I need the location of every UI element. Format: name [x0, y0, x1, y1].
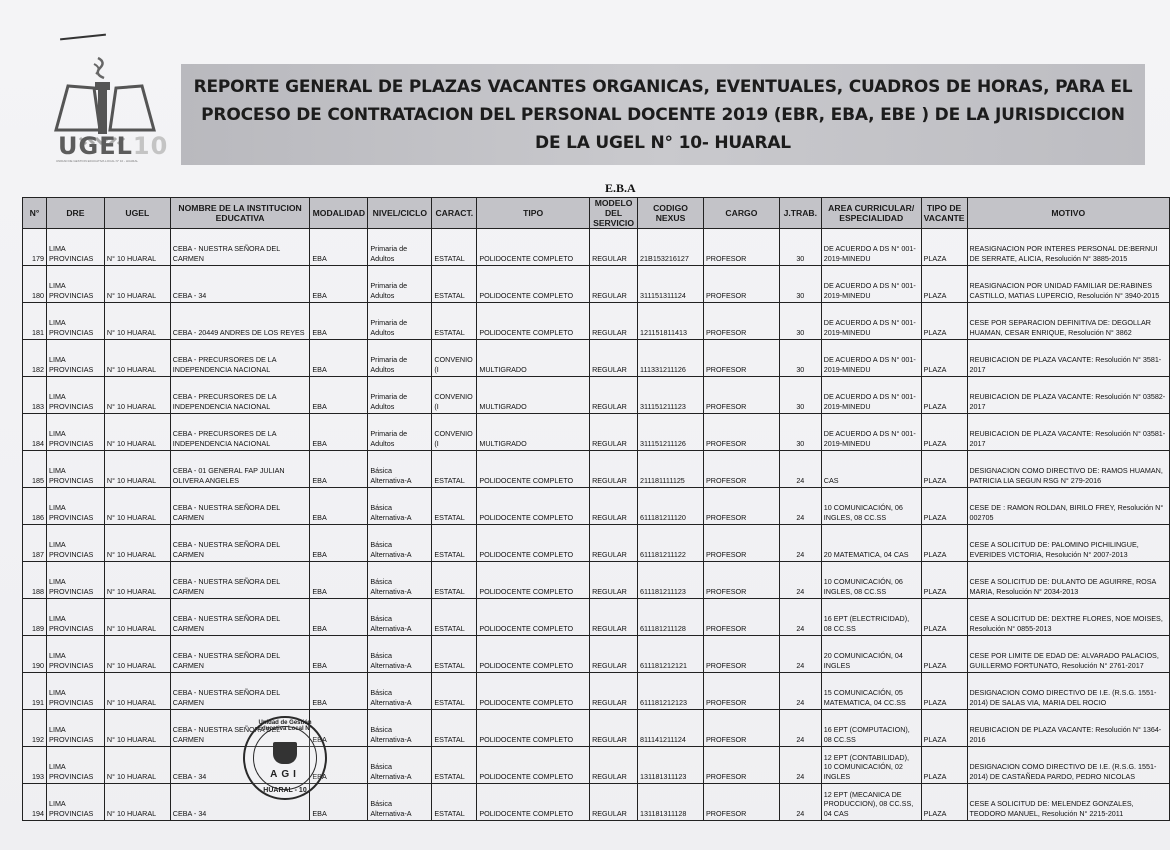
- col-reason-cell: REUBICACION DE PLAZA VACANTE: Resolución…: [967, 710, 1169, 747]
- table-row: 181LIMA PROVINCIASN° 10 HUARALCEBA - 204…: [23, 303, 1170, 340]
- report-title: REPORTE GENERAL DE PLAZAS VACANTES ORGAN…: [188, 73, 1138, 157]
- col-nexus-code-cell: 111331211126: [638, 340, 704, 377]
- col-position-cell: PROFESOR: [703, 562, 779, 599]
- col-nexus-code-cell: 611181211122: [638, 525, 704, 562]
- col-dre-cell: LIMA PROVINCIAS: [46, 525, 104, 562]
- col-service-model-cell: REGULAR: [590, 562, 638, 599]
- col-reason-cell: CESE A SOLICITUD DE: MELENDEZ GONZALES, …: [967, 784, 1169, 821]
- coat-of-arms-icon: [273, 742, 297, 764]
- column-header-number: N°: [23, 198, 47, 229]
- col-type-cell: POLIDOCENTE COMPLETO: [477, 303, 590, 340]
- col-curricular-area-cell: DE ACUERDO A DS N° 001-2019-MINEDU: [821, 266, 921, 303]
- col-character-cell: ESTATAL: [432, 451, 477, 488]
- col-dre-cell: LIMA PROVINCIAS: [46, 303, 104, 340]
- col-service-model-cell: REGULAR: [590, 377, 638, 414]
- col-vacancy-type-cell: PLAZA: [921, 488, 967, 525]
- col-institution-cell: CEBA - PRECURSORES DE LA INDEPENDENCIA N…: [170, 414, 310, 451]
- col-type-cell: POLIDOCENTE COMPLETO: [477, 784, 590, 821]
- col-curricular-area-cell: 20 MATEMATICA, 04 CAS: [821, 525, 921, 562]
- col-type-cell: MULTIGRADO: [477, 340, 590, 377]
- column-header-reason: MOTIVO: [967, 198, 1169, 229]
- col-reason-cell: CESE POR SEPARACION DEFINITIVA DE: DEGOL…: [967, 303, 1169, 340]
- col-nexus-code-cell: 611181212121: [638, 636, 704, 673]
- col-type-cell: MULTIGRADO: [477, 414, 590, 451]
- col-institution-cell: CEBA - 34: [170, 266, 310, 303]
- table-body: 179LIMA PROVINCIASN° 10 HUARALCEBA - NUE…: [23, 229, 1170, 821]
- col-modality-cell: EBA: [310, 229, 368, 266]
- col-nexus-code-cell: 131181311128: [638, 784, 704, 821]
- col-nexus-code-cell: 611181212123: [638, 673, 704, 710]
- col-type-cell: POLIDOCENTE COMPLETO: [477, 266, 590, 303]
- col-position-cell: PROFESOR: [703, 525, 779, 562]
- col-modality-cell: EBA: [310, 414, 368, 451]
- col-service-model-cell: REGULAR: [590, 525, 638, 562]
- pen-mark: [60, 34, 106, 41]
- col-position-cell: PROFESOR: [703, 266, 779, 303]
- col-modality-cell: EBA: [310, 451, 368, 488]
- col-level-cell: Básica Alternativa-A: [368, 451, 432, 488]
- col-dre-cell: LIMA PROVINCIAS: [46, 562, 104, 599]
- col-curricular-area-cell: DE ACUERDO A DS N° 001-2019-MINEDU: [821, 340, 921, 377]
- col-institution-cell: CEBA - NUESTRA SEÑORA DEL CARMEN: [170, 488, 310, 525]
- column-header-position: CARGO: [703, 198, 779, 229]
- col-institution-cell: CEBA - PRECURSORES DE LA INDEPENDENCIA N…: [170, 377, 310, 414]
- col-work-hours-cell: 24: [779, 673, 821, 710]
- col-type-cell: POLIDOCENTE COMPLETO: [477, 673, 590, 710]
- col-vacancy-type-cell: PLAZA: [921, 303, 967, 340]
- col-institution-cell: CEBA - 01 GENERAL FAP JULIAN OLIVERA ANG…: [170, 451, 310, 488]
- col-character-cell: CONVENIO (I: [432, 414, 477, 451]
- col-ugel-cell: N° 10 HUARAL: [104, 340, 170, 377]
- col-level-cell: Básica Alternativa-A: [368, 525, 432, 562]
- col-nexus-code-cell: 121151811413: [638, 303, 704, 340]
- column-header-character: CARACT.: [432, 198, 477, 229]
- col-character-cell: ESTATAL: [432, 562, 477, 599]
- col-work-hours-cell: 24: [779, 747, 821, 784]
- col-modality-cell: EBA: [310, 636, 368, 673]
- col-character-cell: ESTATAL: [432, 525, 477, 562]
- col-nexus-code-cell: 131181311123: [638, 747, 704, 784]
- col-ugel-cell: N° 10 HUARAL: [104, 673, 170, 710]
- col-number-cell: 188: [23, 562, 47, 599]
- col-position-cell: PROFESOR: [703, 229, 779, 266]
- col-work-hours-cell: 24: [779, 562, 821, 599]
- col-curricular-area-cell: 15 COMUNICACIÓN, 05 MATEMATICA, 04 CC.SS: [821, 673, 921, 710]
- ugel-logo-subtitle: UNIDAD DE GESTION EDUCATIVA LOCAL N° 10 …: [56, 159, 156, 163]
- col-dre-cell: LIMA PROVINCIAS: [46, 266, 104, 303]
- col-number-cell: 194: [23, 784, 47, 821]
- col-type-cell: POLIDOCENTE COMPLETO: [477, 562, 590, 599]
- col-level-cell: Primaria de Adultos: [368, 266, 432, 303]
- col-curricular-area-cell: CAS: [821, 451, 921, 488]
- column-header-level: NIVEL/CICLO: [368, 198, 432, 229]
- col-work-hours-cell: 30: [779, 340, 821, 377]
- col-number-cell: 181: [23, 303, 47, 340]
- col-ugel-cell: N° 10 HUARAL: [104, 414, 170, 451]
- col-position-cell: PROFESOR: [703, 784, 779, 821]
- col-level-cell: Primaria de Adultos: [368, 377, 432, 414]
- col-dre-cell: LIMA PROVINCIAS: [46, 710, 104, 747]
- col-institution-cell: CEBA - NUESTRA SEÑORA DEL CARMEN: [170, 229, 310, 266]
- col-work-hours-cell: 30: [779, 266, 821, 303]
- col-modality-cell: EBA: [310, 488, 368, 525]
- col-number-cell: 187: [23, 525, 47, 562]
- col-institution-cell: CEBA - NUESTRA SEÑORA DEL CARMEN: [170, 599, 310, 636]
- table-row: 183LIMA PROVINCIASN° 10 HUARALCEBA - PRE…: [23, 377, 1170, 414]
- col-level-cell: Primaria de Adultos: [368, 340, 432, 377]
- col-work-hours-cell: 30: [779, 414, 821, 451]
- col-type-cell: POLIDOCENTE COMPLETO: [477, 229, 590, 266]
- col-ugel-cell: N° 10 HUARAL: [104, 451, 170, 488]
- col-type-cell: POLIDOCENTE COMPLETO: [477, 488, 590, 525]
- col-level-cell: Primaria de Adultos: [368, 414, 432, 451]
- table-row: 180LIMA PROVINCIASN° 10 HUARALCEBA - 34E…: [23, 266, 1170, 303]
- col-dre-cell: LIMA PROVINCIAS: [46, 747, 104, 784]
- col-vacancy-type-cell: PLAZA: [921, 525, 967, 562]
- col-curricular-area-cell: DE ACUERDO A DS N° 001-2019-MINEDU: [821, 414, 921, 451]
- col-position-cell: PROFESOR: [703, 673, 779, 710]
- col-service-model-cell: REGULAR: [590, 710, 638, 747]
- col-dre-cell: LIMA PROVINCIAS: [46, 414, 104, 451]
- col-vacancy-type-cell: PLAZA: [921, 784, 967, 821]
- col-work-hours-cell: 30: [779, 303, 821, 340]
- col-ugel-cell: N° 10 HUARAL: [104, 747, 170, 784]
- table-row: 191LIMA PROVINCIASN° 10 HUARALCEBA - NUE…: [23, 673, 1170, 710]
- col-curricular-area-cell: 16 EPT (COMPUTACION), 08 CC.SS: [821, 710, 921, 747]
- col-level-cell: Básica Alternativa-A: [368, 710, 432, 747]
- table-row: 189LIMA PROVINCIASN° 10 HUARALCEBA - NUE…: [23, 599, 1170, 636]
- column-header-work-hours: J.TRAB.: [779, 198, 821, 229]
- column-header-type: TIPO: [477, 198, 590, 229]
- col-ugel-cell: N° 10 HUARAL: [104, 266, 170, 303]
- col-work-hours-cell: 24: [779, 451, 821, 488]
- col-level-cell: Básica Alternativa-A: [368, 784, 432, 821]
- col-vacancy-type-cell: PLAZA: [921, 636, 967, 673]
- col-ugel-cell: N° 10 HUARAL: [104, 488, 170, 525]
- col-vacancy-type-cell: PLAZA: [921, 414, 967, 451]
- col-number-cell: 179: [23, 229, 47, 266]
- official-seal-stamp: Unidad de Gestión Educativa Local N° AGI…: [243, 716, 327, 800]
- col-type-cell: POLIDOCENTE COMPLETO: [477, 747, 590, 784]
- col-service-model-cell: REGULAR: [590, 599, 638, 636]
- col-nexus-code-cell: 211181111125: [638, 451, 704, 488]
- col-level-cell: Básica Alternativa-A: [368, 562, 432, 599]
- col-nexus-code-cell: 311151211126: [638, 414, 704, 451]
- col-level-cell: Primaria de Adultos: [368, 229, 432, 266]
- col-character-cell: ESTATAL: [432, 710, 477, 747]
- col-reason-cell: REUBICACION DE PLAZA VACANTE: Resolución…: [967, 377, 1169, 414]
- col-service-model-cell: REGULAR: [590, 229, 638, 266]
- col-type-cell: POLIDOCENTE COMPLETO: [477, 710, 590, 747]
- col-nexus-code-cell: 611181211123: [638, 562, 704, 599]
- col-position-cell: PROFESOR: [703, 710, 779, 747]
- col-position-cell: PROFESOR: [703, 488, 779, 525]
- col-curricular-area-cell: DE ACUERDO A DS N° 001-2019-MINEDU: [821, 377, 921, 414]
- col-reason-cell: CESE DE : RAMON ROLDAN, BIRILO FREY, Res…: [967, 488, 1169, 525]
- col-curricular-area-cell: 12 EPT (MECANICA DE PRODUCCION), 08 CC.S…: [821, 784, 921, 821]
- col-number-cell: 189: [23, 599, 47, 636]
- col-number-cell: 191: [23, 673, 47, 710]
- col-character-cell: ESTATAL: [432, 636, 477, 673]
- col-work-hours-cell: 30: [779, 229, 821, 266]
- col-work-hours-cell: 24: [779, 525, 821, 562]
- col-service-model-cell: REGULAR: [590, 340, 638, 377]
- col-ugel-cell: N° 10 HUARAL: [104, 599, 170, 636]
- col-curricular-area-cell: 20 COMUNICACIÓN, 04 INGLES: [821, 636, 921, 673]
- col-reason-cell: CESE POR LIMITE DE EDAD DE: ALVARADO PAL…: [967, 636, 1169, 673]
- col-service-model-cell: REGULAR: [590, 414, 638, 451]
- table-row: 192LIMA PROVINCIASN° 10 HUARALCEBA - NUE…: [23, 710, 1170, 747]
- col-curricular-area-cell: DE ACUERDO A DS N° 001-2019-MINEDU: [821, 303, 921, 340]
- ugel-logo-text: UGEL10: [58, 132, 168, 160]
- col-number-cell: 190: [23, 636, 47, 673]
- col-level-cell: Básica Alternativa-A: [368, 747, 432, 784]
- column-header-service-model: MODELO DEL SERVICIO: [590, 198, 638, 229]
- col-ugel-cell: N° 10 HUARAL: [104, 525, 170, 562]
- col-service-model-cell: REGULAR: [590, 636, 638, 673]
- col-reason-cell: REASIGNACION POR UNIDAD FAMILIAR DE:RABI…: [967, 266, 1169, 303]
- col-ugel-cell: N° 10 HUARAL: [104, 303, 170, 340]
- col-institution-cell: CEBA - NUESTRA SEÑORA DEL CARMEN: [170, 562, 310, 599]
- col-position-cell: PROFESOR: [703, 340, 779, 377]
- col-ugel-cell: N° 10 HUARAL: [104, 377, 170, 414]
- col-character-cell: CONVENIO (I: [432, 340, 477, 377]
- stamp-center-text: AGI: [245, 769, 325, 780]
- col-service-model-cell: REGULAR: [590, 488, 638, 525]
- section-label: E.B.A: [605, 181, 636, 196]
- col-dre-cell: LIMA PROVINCIAS: [46, 451, 104, 488]
- col-level-cell: Básica Alternativa-A: [368, 488, 432, 525]
- col-modality-cell: EBA: [310, 599, 368, 636]
- col-modality-cell: EBA: [310, 562, 368, 599]
- col-curricular-area-cell: DE ACUERDO A DS N° 001-2019-MINEDU: [821, 229, 921, 266]
- column-header-vacancy-type: TIPO DE VACANTE: [921, 198, 967, 229]
- col-service-model-cell: REGULAR: [590, 784, 638, 821]
- col-vacancy-type-cell: PLAZA: [921, 266, 967, 303]
- col-position-cell: PROFESOR: [703, 636, 779, 673]
- col-level-cell: Primaria de Adultos: [368, 303, 432, 340]
- col-reason-cell: CESE A SOLICITUD DE: PALOMINO PICHILINGU…: [967, 525, 1169, 562]
- col-character-cell: ESTATAL: [432, 599, 477, 636]
- col-character-cell: ESTATAL: [432, 303, 477, 340]
- col-curricular-area-cell: 16 EPT (ELECTRICIDAD), 08 CC.SS: [821, 599, 921, 636]
- col-nexus-code-cell: 611181211128: [638, 599, 704, 636]
- col-dre-cell: LIMA PROVINCIAS: [46, 488, 104, 525]
- col-type-cell: POLIDOCENTE COMPLETO: [477, 525, 590, 562]
- report-title-band: REPORTE GENERAL DE PLAZAS VACANTES ORGAN…: [181, 64, 1145, 165]
- table-header-row: N°DREUGELNOMBRE DE LA INSTITUCION EDUCAT…: [23, 198, 1170, 229]
- col-modality-cell: EBA: [310, 525, 368, 562]
- table-row: 185LIMA PROVINCIASN° 10 HUARALCEBA - 01 …: [23, 451, 1170, 488]
- col-reason-cell: REUBICACION DE PLAZA VACANTE: Resolución…: [967, 340, 1169, 377]
- scanned-document-page: UGEL10 UNIDAD DE GESTION EDUCATIVA LOCAL…: [0, 0, 1170, 850]
- stamp-ring-text: Unidad de Gestión Educativa Local N°: [245, 720, 325, 732]
- col-work-hours-cell: 24: [779, 784, 821, 821]
- col-service-model-cell: REGULAR: [590, 266, 638, 303]
- col-dre-cell: LIMA PROVINCIAS: [46, 340, 104, 377]
- vacancies-table: N°DREUGELNOMBRE DE LA INSTITUCION EDUCAT…: [22, 197, 1170, 821]
- col-position-cell: PROFESOR: [703, 414, 779, 451]
- col-nexus-code-cell: 611181211120: [638, 488, 704, 525]
- col-character-cell: ESTATAL: [432, 488, 477, 525]
- col-vacancy-type-cell: PLAZA: [921, 562, 967, 599]
- col-type-cell: MULTIGRADO: [477, 377, 590, 414]
- col-dre-cell: LIMA PROVINCIAS: [46, 599, 104, 636]
- col-curricular-area-cell: 12 EPT (CONTABILIDAD), 10 COMUNICACIÓN, …: [821, 747, 921, 784]
- table-row: 182LIMA PROVINCIASN° 10 HUARALCEBA - PRE…: [23, 340, 1170, 377]
- col-service-model-cell: REGULAR: [590, 303, 638, 340]
- col-nexus-code-cell: 811141211124: [638, 710, 704, 747]
- col-ugel-cell: N° 10 HUARAL: [104, 784, 170, 821]
- col-curricular-area-cell: 10 COMUNICACIÓN, 06 INGLES, 08 CC.SS: [821, 488, 921, 525]
- table-row: 193LIMA PROVINCIASN° 10 HUARALCEBA - 34E…: [23, 747, 1170, 784]
- col-dre-cell: LIMA PROVINCIAS: [46, 377, 104, 414]
- column-header-modality: MODALIDAD: [310, 198, 368, 229]
- col-modality-cell: EBA: [310, 266, 368, 303]
- col-number-cell: 183: [23, 377, 47, 414]
- col-work-hours-cell: 24: [779, 710, 821, 747]
- col-reason-cell: REASIGNACION POR INTERES PERSONAL DE:BER…: [967, 229, 1169, 266]
- col-character-cell: ESTATAL: [432, 266, 477, 303]
- table-row: 186LIMA PROVINCIASN° 10 HUARALCEBA - NUE…: [23, 488, 1170, 525]
- col-ugel-cell: N° 10 HUARAL: [104, 636, 170, 673]
- col-institution-cell: CEBA - NUESTRA SEÑORA DEL CARMEN: [170, 636, 310, 673]
- col-position-cell: PROFESOR: [703, 747, 779, 784]
- col-dre-cell: LIMA PROVINCIAS: [46, 229, 104, 266]
- col-character-cell: ESTATAL: [432, 229, 477, 266]
- col-work-hours-cell: 24: [779, 488, 821, 525]
- table-row: 190LIMA PROVINCIASN° 10 HUARALCEBA - NUE…: [23, 636, 1170, 673]
- col-ugel-cell: N° 10 HUARAL: [104, 710, 170, 747]
- col-number-cell: 180: [23, 266, 47, 303]
- col-institution-cell: CEBA - NUESTRA SEÑORA DEL CARMEN: [170, 525, 310, 562]
- col-work-hours-cell: 24: [779, 636, 821, 673]
- column-header-nexus-code: CODIGO NEXUS: [638, 198, 704, 229]
- col-level-cell: Básica Alternativa-A: [368, 673, 432, 710]
- col-service-model-cell: REGULAR: [590, 451, 638, 488]
- col-modality-cell: EBA: [310, 673, 368, 710]
- table-row: 179LIMA PROVINCIASN° 10 HUARALCEBA - NUE…: [23, 229, 1170, 266]
- table-row: 184LIMA PROVINCIASN° 10 HUARALCEBA - PRE…: [23, 414, 1170, 451]
- col-vacancy-type-cell: PLAZA: [921, 599, 967, 636]
- col-vacancy-type-cell: PLAZA: [921, 340, 967, 377]
- col-type-cell: POLIDOCENTE COMPLETO: [477, 599, 590, 636]
- table-row: 194LIMA PROVINCIASN° 10 HUARALCEBA - 34E…: [23, 784, 1170, 821]
- col-institution-cell: CEBA - 20449 ANDRES DE LOS REYES: [170, 303, 310, 340]
- col-vacancy-type-cell: PLAZA: [921, 377, 967, 414]
- col-number-cell: 192: [23, 710, 47, 747]
- col-ugel-cell: N° 10 HUARAL: [104, 229, 170, 266]
- col-number-cell: 185: [23, 451, 47, 488]
- col-number-cell: 193: [23, 747, 47, 784]
- col-service-model-cell: REGULAR: [590, 747, 638, 784]
- col-institution-cell: CEBA - PRECURSORES DE LA INDEPENDENCIA N…: [170, 340, 310, 377]
- col-nexus-code-cell: 311151211123: [638, 377, 704, 414]
- col-number-cell: 186: [23, 488, 47, 525]
- col-vacancy-type-cell: PLAZA: [921, 747, 967, 784]
- col-modality-cell: EBA: [310, 303, 368, 340]
- column-header-dre: DRE: [46, 198, 104, 229]
- col-vacancy-type-cell: PLAZA: [921, 451, 967, 488]
- col-number-cell: 182: [23, 340, 47, 377]
- col-modality-cell: EBA: [310, 377, 368, 414]
- col-reason-cell: DESIGNACION COMO DIRECTIVO DE I.E. (R.S.…: [967, 747, 1169, 784]
- col-ugel-cell: N° 10 HUARAL: [104, 562, 170, 599]
- col-character-cell: ESTATAL: [432, 747, 477, 784]
- col-character-cell: ESTATAL: [432, 673, 477, 710]
- col-curricular-area-cell: 10 COMUNICACIÓN, 06 INGLES, 08 CC.SS: [821, 562, 921, 599]
- column-header-ugel: UGEL: [104, 198, 170, 229]
- col-position-cell: PROFESOR: [703, 599, 779, 636]
- col-reason-cell: CESE A SOLICITUD DE: DULANTO DE AGUIRRE,…: [967, 562, 1169, 599]
- col-reason-cell: REUBICACION DE PLAZA VACANTE: Resolución…: [967, 414, 1169, 451]
- col-position-cell: PROFESOR: [703, 377, 779, 414]
- col-work-hours-cell: 24: [779, 599, 821, 636]
- col-reason-cell: DESIGNACION COMO DIRECTIVO DE I.E. (R.S.…: [967, 673, 1169, 710]
- col-reason-cell: DESIGNACION COMO DIRECTIVO DE: RAMOS HUA…: [967, 451, 1169, 488]
- col-dre-cell: LIMA PROVINCIAS: [46, 636, 104, 673]
- col-dre-cell: LIMA PROVINCIAS: [46, 673, 104, 710]
- col-type-cell: POLIDOCENTE COMPLETO: [477, 636, 590, 673]
- col-vacancy-type-cell: PLAZA: [921, 710, 967, 747]
- column-header-curricular-area: AREA CURRICULAR/ ESPECIALIDAD: [821, 198, 921, 229]
- col-level-cell: Básica Alternativa-A: [368, 599, 432, 636]
- col-position-cell: PROFESOR: [703, 303, 779, 340]
- col-character-cell: ESTATAL: [432, 784, 477, 821]
- col-vacancy-type-cell: PLAZA: [921, 673, 967, 710]
- col-nexus-code-cell: 21B153216127: [638, 229, 704, 266]
- col-modality-cell: EBA: [310, 340, 368, 377]
- col-service-model-cell: REGULAR: [590, 673, 638, 710]
- col-nexus-code-cell: 311151311124: [638, 266, 704, 303]
- col-level-cell: Básica Alternativa-A: [368, 636, 432, 673]
- col-institution-cell: CEBA - NUESTRA SEÑORA DEL CARMEN: [170, 673, 310, 710]
- column-header-institution: NOMBRE DE LA INSTITUCION EDUCATIVA: [170, 198, 310, 229]
- col-type-cell: POLIDOCENTE COMPLETO: [477, 451, 590, 488]
- col-number-cell: 184: [23, 414, 47, 451]
- col-vacancy-type-cell: PLAZA: [921, 229, 967, 266]
- col-dre-cell: LIMA PROVINCIAS: [46, 784, 104, 821]
- col-position-cell: PROFESOR: [703, 451, 779, 488]
- stamp-bottom-text: HUARAL - 10: [245, 787, 325, 794]
- table-row: 188LIMA PROVINCIASN° 10 HUARALCEBA - NUE…: [23, 562, 1170, 599]
- col-reason-cell: CESE A SOLICITUD DE: DEXTRE FLORES, NOE …: [967, 599, 1169, 636]
- table-row: 187LIMA PROVINCIASN° 10 HUARALCEBA - NUE…: [23, 525, 1170, 562]
- col-character-cell: CONVENIO (I: [432, 377, 477, 414]
- col-work-hours-cell: 30: [779, 377, 821, 414]
